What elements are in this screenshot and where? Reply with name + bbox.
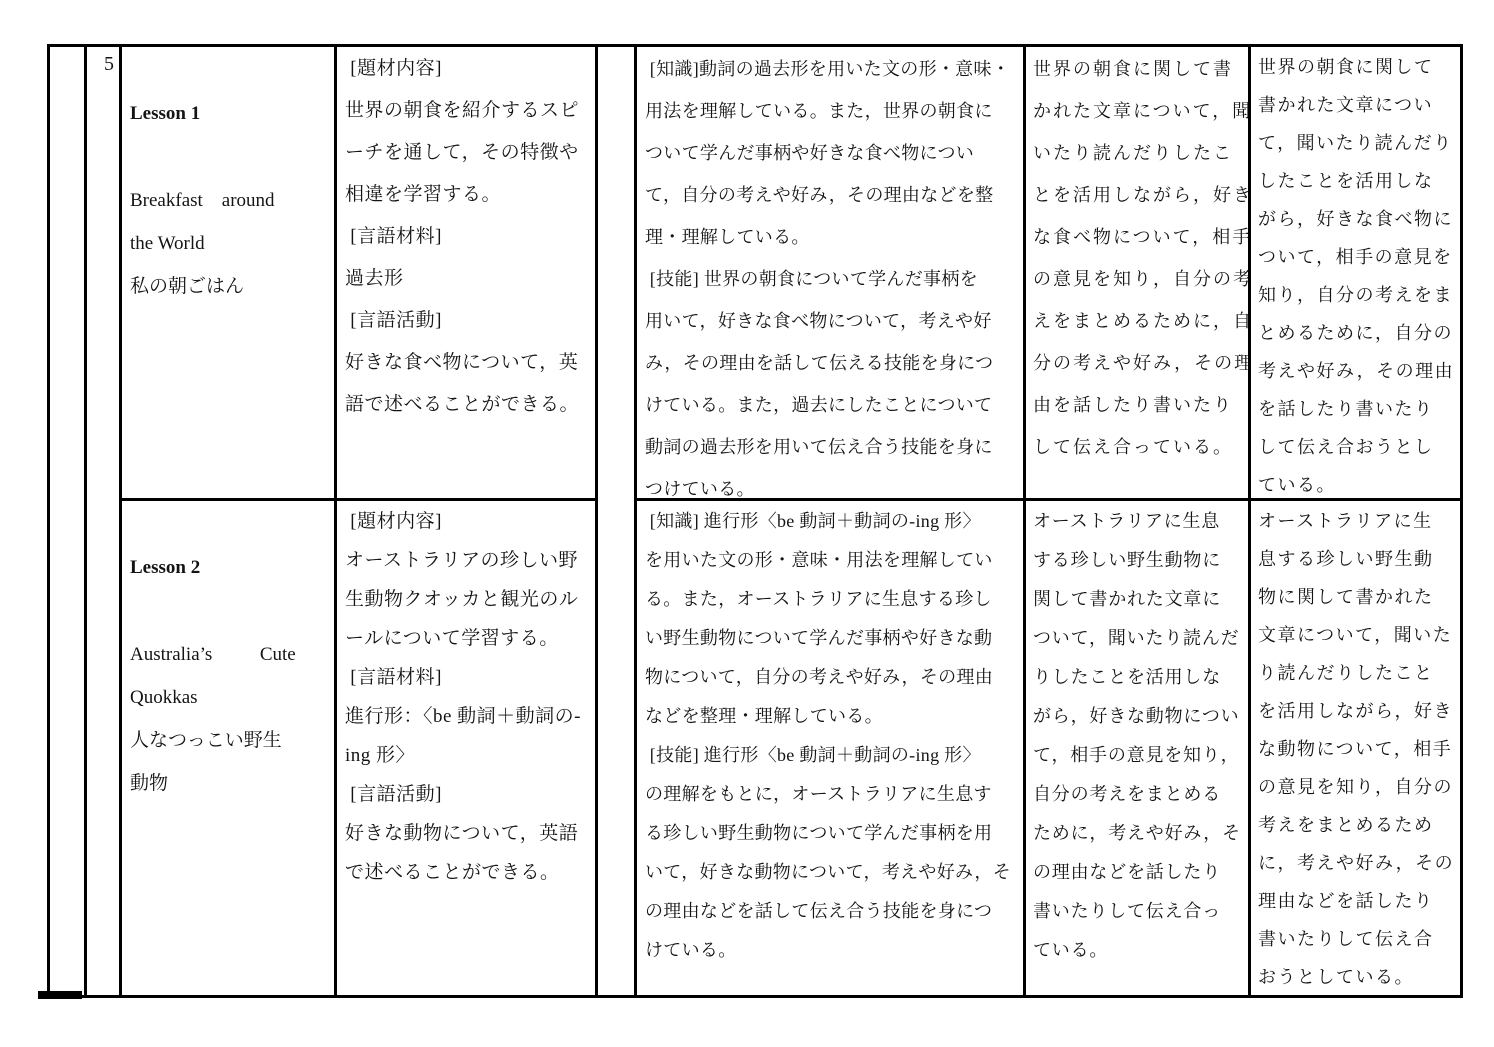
curriculum-table: 5 Lesson 1 Breakfast around the World 私の… xyxy=(47,44,1463,998)
lesson2-content-cell: [題材内容] オーストラリアの珍しい野 生動物クオッカと観光のル ールについて学… xyxy=(337,501,595,995)
spacer-column-cell-2 xyxy=(598,47,634,995)
lesson1-attitude-cell: 世界の朝食に関して 書かれた文章につい て，聞いたり読んだり したことを活用しな… xyxy=(1251,47,1460,498)
page-edge-mark xyxy=(38,991,82,999)
lesson2-title: Lesson 2 xyxy=(130,546,326,589)
lesson2-attitude-cell: オーストラリアに生 息する珍しい野生動 物に関して書かれた 文章について，聞いた… xyxy=(1251,501,1460,995)
lesson2-knowledge-skill-cell: [知識] 進行形〈be 動詞＋動詞の-ing 形〉 を用いた文の形・意味・用法を… xyxy=(637,501,1023,995)
lesson1-content-cell: [題材内容] 世界の朝食を紹介するスピ ーチを通して，その特徴や 相違を学習する… xyxy=(337,47,595,498)
lesson1-title: Lesson 1 xyxy=(130,92,326,135)
lesson2-title-cell: Lesson 2 Australia’s Cute Quokkas 人なつっこい… xyxy=(122,501,334,995)
month-cell: 5 xyxy=(87,47,119,995)
document-page: 5 Lesson 1 Breakfast around the World 私の… xyxy=(0,0,1494,1047)
lesson1-thinking-judgment-cell: 世界の朝食に関して書 かれた文章について，聞 いたり読んだりしたこ とを活用しな… xyxy=(1026,47,1248,498)
lesson2-subtitle: Australia’s Cute Quokkas 人なつっこい野生 動物 xyxy=(130,633,326,805)
month-label: 5 xyxy=(104,53,114,75)
lesson1-knowledge-skill-cell: [知識]動詞の過去形を用いた文の形・意味・ 用法を理解している。また，世界の朝食… xyxy=(637,47,1023,498)
lesson2-thinking-judgment-cell: オーストラリアに生息 する珍しい野生動物に 関して書かれた文章に ついて，聞いた… xyxy=(1026,501,1248,995)
spacer-column-cell xyxy=(50,47,84,995)
lesson1-subtitle: Breakfast around the World 私の朝ごはん xyxy=(130,179,326,308)
lesson1-title-cell: Lesson 1 Breakfast around the World 私の朝ご… xyxy=(122,47,334,498)
